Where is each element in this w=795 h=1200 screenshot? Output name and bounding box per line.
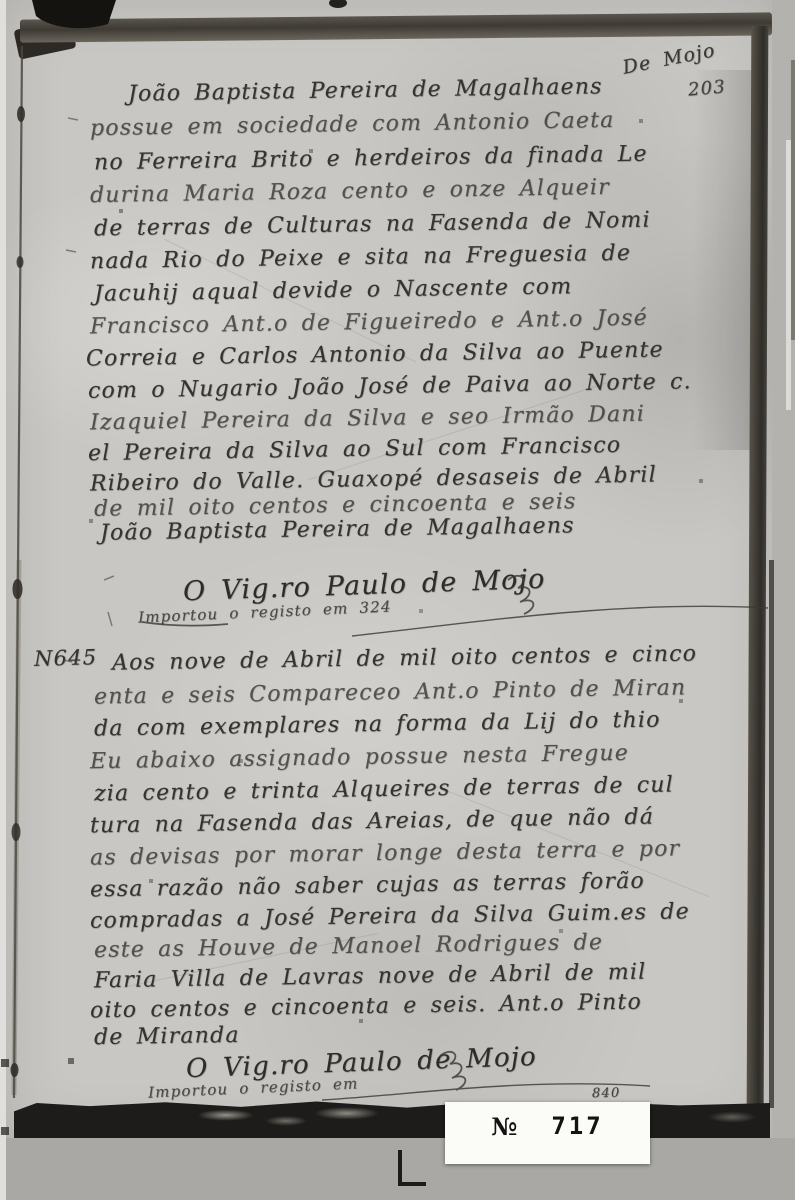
fee-amount: 840 (592, 1086, 621, 1101)
page-number: 203 (687, 76, 727, 100)
page-crease-shadow (692, 70, 754, 450)
numero-symbol: № (491, 1112, 517, 1141)
book-right-edge-inner (769, 560, 774, 1108)
archive-number-label: № 717 (445, 1102, 650, 1164)
corner-registration-mark (398, 1182, 426, 1186)
paper-speckles (0, 0, 2, 2)
manuscript-line: de Miranda (94, 1023, 240, 1050)
page-edge-line (791, 60, 795, 340)
record-margin-number: N645 (34, 645, 98, 671)
archive-number: 717 (551, 1112, 603, 1140)
corner-registration-mark (398, 1150, 402, 1186)
